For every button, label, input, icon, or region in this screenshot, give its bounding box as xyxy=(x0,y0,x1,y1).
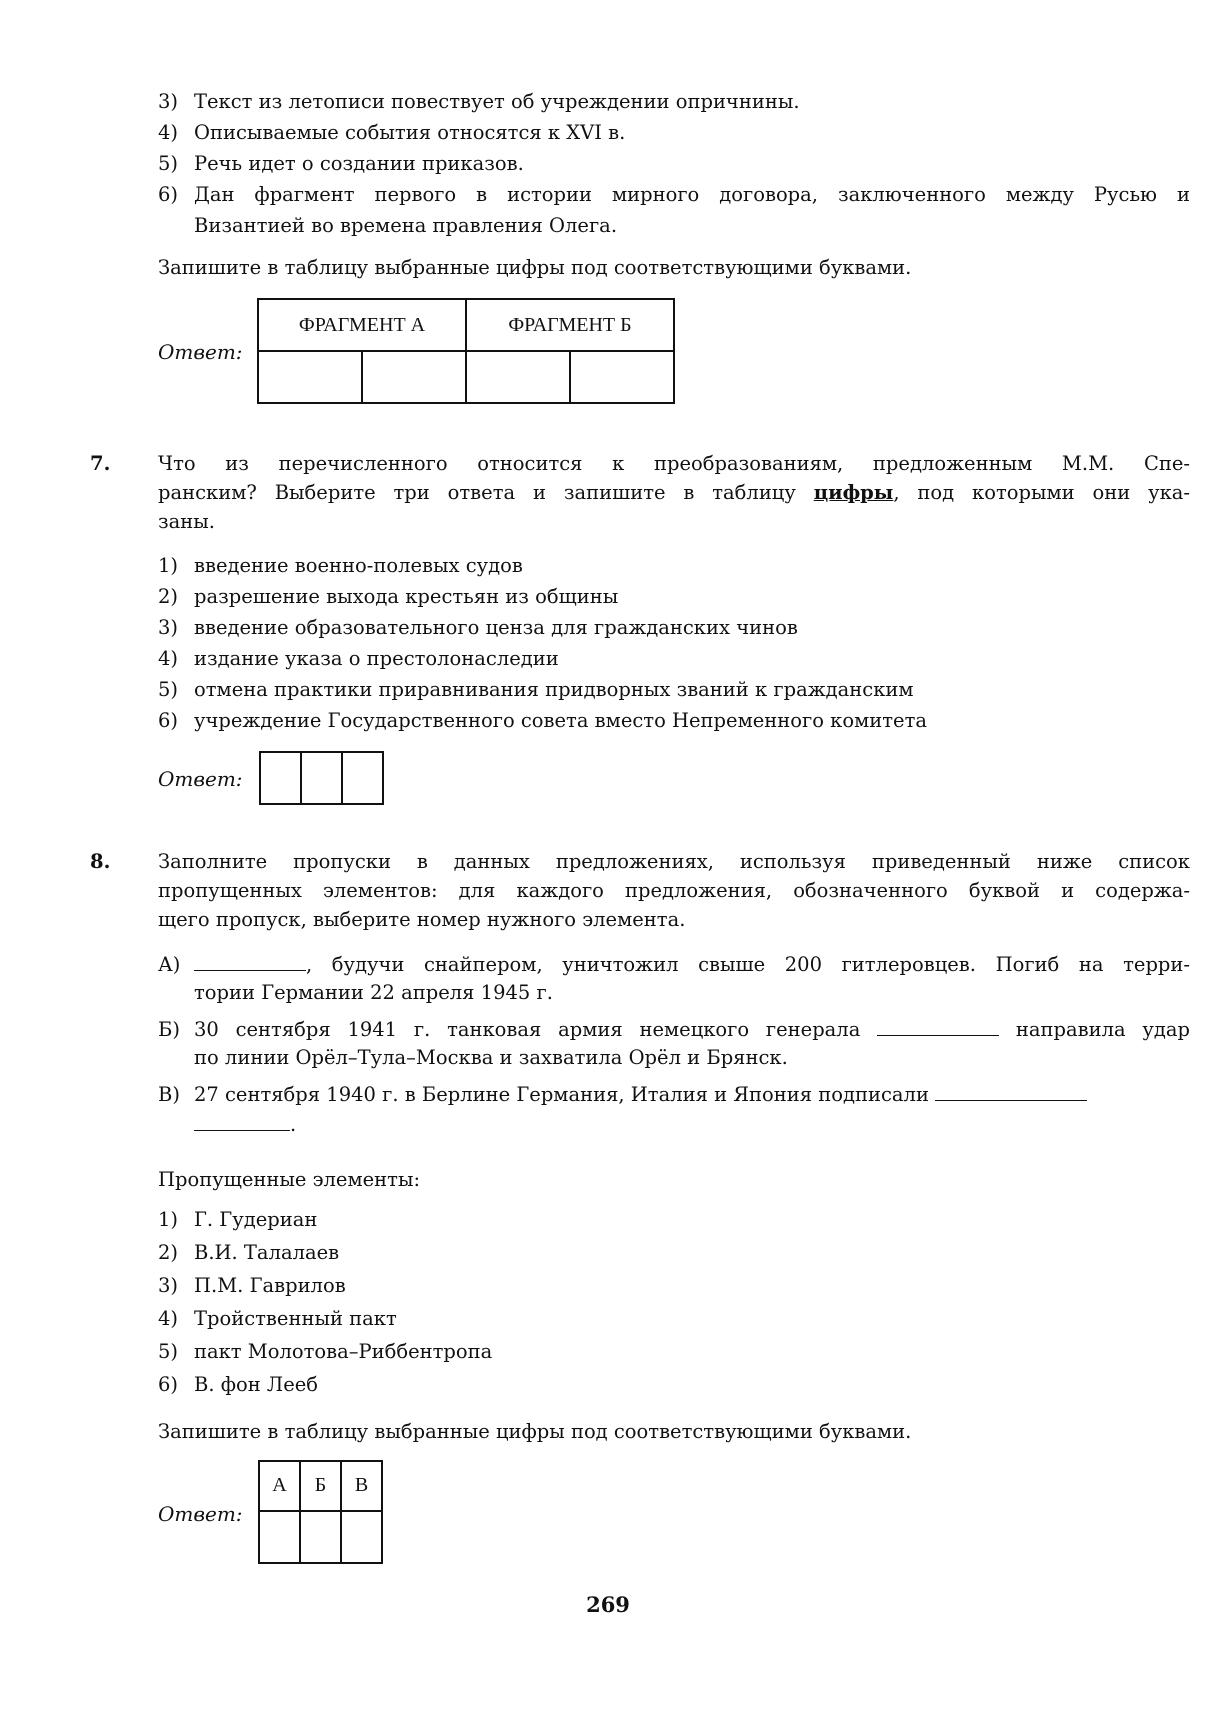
option-1: 1)введение военно-полевых судов xyxy=(158,554,523,578)
element-1: 1)Г. Гудериан xyxy=(158,1208,317,1232)
option-6: 6)учреждение Государственного совета вме… xyxy=(158,709,927,733)
answer-label: Ответ: xyxy=(158,1502,243,1526)
header-v: В xyxy=(341,1461,382,1511)
question-number: 7. xyxy=(90,452,110,476)
header-fragment-b: ФРАГМЕНТ Б xyxy=(466,299,674,351)
question-prompt-cont: ранским? Выберите три ответа и запишите … xyxy=(158,481,1190,505)
answer-cell[interactable] xyxy=(342,752,383,804)
answer-cell[interactable] xyxy=(300,1511,341,1563)
option-6-cont: Византией во времена правления Олега. xyxy=(194,214,617,238)
answer-cell[interactable] xyxy=(570,351,674,403)
sentence-b: Б)30 сентября 1941 г. танковая армия нем… xyxy=(158,1017,1190,1042)
element-4: 4)Тройственный пакт xyxy=(158,1307,397,1331)
emphasis: цифры xyxy=(814,481,894,504)
answer-cell[interactable] xyxy=(301,752,342,804)
page-number: 269 xyxy=(0,1592,1216,1617)
answer-cell[interactable] xyxy=(260,752,301,804)
question-prompt: Заполните пропуски в данных предложениях… xyxy=(158,850,1190,874)
option-5: 5)Речь идет о создании приказов. xyxy=(158,152,524,176)
sentence-b-cont: по линии Орёл–Тула–Москва и захватила Ор… xyxy=(194,1046,788,1070)
option-3: 3)введение образовательного ценза для гр… xyxy=(158,616,798,640)
element-5: 5)пакт Молотова–Риббентропа xyxy=(158,1340,492,1364)
question-number: 8. xyxy=(90,850,110,874)
answer-table-fragments: ФРАГМЕНТ А ФРАГМЕНТ Б xyxy=(257,298,675,404)
answer-label: Ответ: xyxy=(158,340,243,364)
blank-a[interactable] xyxy=(194,952,306,971)
element-3: 3)П.М. Гаврилов xyxy=(158,1274,346,1298)
answer-label: Ответ: xyxy=(158,767,243,791)
sentence-v-cont: . xyxy=(194,1112,296,1137)
answer-cell[interactable] xyxy=(466,351,570,403)
answer-table xyxy=(259,751,384,805)
header-a: А xyxy=(259,1461,300,1511)
answer-table-abv: А Б В xyxy=(258,1460,383,1564)
option-3: 3)Текст из летописи повествует об учрежд… xyxy=(158,90,800,114)
question-prompt-cont: щего пропуск, выберите номер нужного эле… xyxy=(158,908,685,932)
answer-cell[interactable] xyxy=(258,351,362,403)
instruction: Запишите в таблицу выбранные цифры под с… xyxy=(158,1420,911,1444)
elements-title: Пропущенные элементы: xyxy=(158,1168,420,1192)
instruction: Запишите в таблицу выбранные цифры под с… xyxy=(158,256,911,280)
answer-cell[interactable] xyxy=(362,351,466,403)
option-4: 4)издание указа о престолонаследии xyxy=(158,647,559,671)
header-b: Б xyxy=(300,1461,341,1511)
option-5: 5)отмена практики приравнивания придворн… xyxy=(158,678,914,702)
sentence-a-cont: тории Германии 22 апреля 1945 г. xyxy=(194,981,553,1005)
answer-cell[interactable] xyxy=(259,1511,300,1563)
option-4: 4)Описываемые события относятся к XVI в. xyxy=(158,121,625,145)
option-2: 2)разрешение выхода крестьян из общины xyxy=(158,585,618,609)
element-6: 6)В. фон Лееб xyxy=(158,1373,318,1397)
blank-b[interactable] xyxy=(877,1017,999,1036)
sentence-a: А), будучи снайпером, уничтожил свыше 20… xyxy=(158,952,1190,977)
question-prompt-cont: пропущенных элементов: для каждого предл… xyxy=(158,879,1190,903)
question-prompt: Что из перечисленного относится к преобр… xyxy=(158,452,1190,476)
blank-v[interactable] xyxy=(935,1082,1087,1101)
option-6: 6)Дан фрагмент первого в истории мирного… xyxy=(158,183,1190,207)
answer-cell[interactable] xyxy=(341,1511,382,1563)
sentence-v: В)27 сентября 1940 г. в Берлине Германия… xyxy=(158,1082,1087,1107)
blank-v-cont[interactable] xyxy=(194,1112,290,1131)
element-2: 2)В.И. Талалаев xyxy=(158,1241,339,1265)
question-prompt-cont: заны. xyxy=(158,510,215,534)
header-fragment-a: ФРАГМЕНТ А xyxy=(258,299,466,351)
